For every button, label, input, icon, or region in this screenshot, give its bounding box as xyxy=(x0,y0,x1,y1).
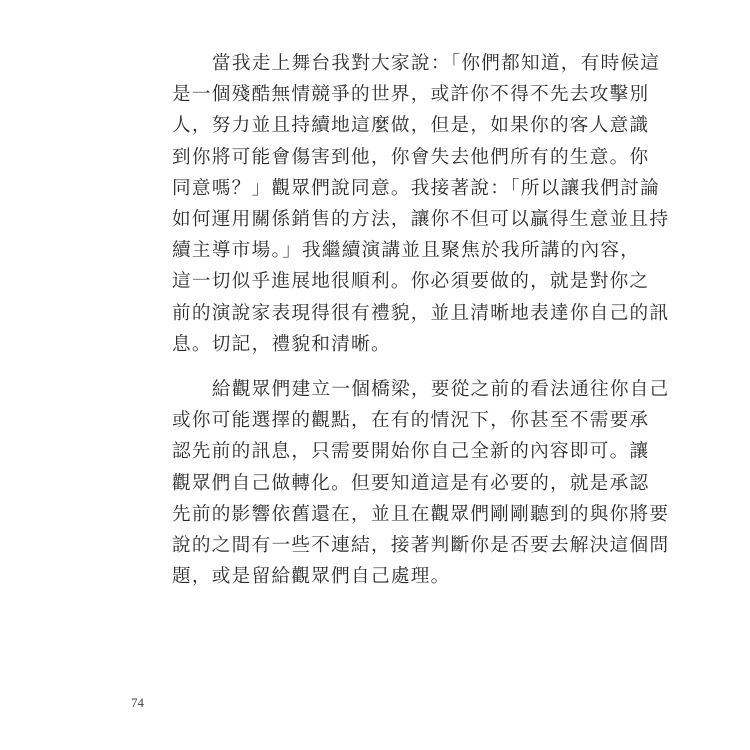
text-line: 如何運用關係銷售的方法，讓你不但可以贏得生意並且持 xyxy=(172,204,574,235)
text-line: 題，或是留給觀眾們自己處理。 xyxy=(172,561,574,592)
text-line: 息。切記，禮貌和清晰。 xyxy=(172,329,574,360)
text-line: 說的之間有一些不連結，接著判斷你是否要去解決這個問 xyxy=(172,530,574,561)
text-line: 前的演說家表現得很有禮貌，並且清晰地表達你自己的訊 xyxy=(172,298,574,329)
text-line: 先前的影響依舊還在，並且在觀眾們剛剛聽到的與你將要 xyxy=(172,499,574,530)
paragraph-2: 給觀眾們建立一個橋梁，要從之前的看法通往你自己 或你可能選擇的觀點，在有的情況下… xyxy=(172,374,574,592)
text-line: 或你可能選擇的觀點，在有的情況下，你甚至不需要承 xyxy=(172,405,574,436)
paragraph-1: 當我走上舞台我對大家說：「你們都知道，有時候這 是一個殘酷無情競爭的世界，或許你… xyxy=(172,48,574,360)
text-line: 觀眾們自己做轉化。但要知道這是有必要的，就是承認 xyxy=(172,468,574,499)
page-number: 74 xyxy=(131,695,144,711)
book-page: 當我走上舞台我對大家說：「你們都知道，有時候這 是一個殘酷無情競爭的世界，或許你… xyxy=(0,0,750,750)
text-line: 續主導市場。」我繼續演講並且聚焦於我所講的內容， xyxy=(172,235,574,266)
text-line: 到你將可能會傷害到他，你會失去他們所有的生意。你 xyxy=(172,142,574,173)
text-line: 給觀眾們建立一個橋梁，要從之前的看法通往你自己 xyxy=(172,374,574,405)
text-line: 同意嗎？」觀眾們說同意。我接著說：「所以讓我們討論 xyxy=(172,173,574,204)
text-line: 認先前的訊息，只需要開始你自己全新的內容即可。讓 xyxy=(172,436,574,467)
text-line: 這一切似乎進展地很順利。你必須要做的，就是對你之 xyxy=(172,266,574,297)
text-line: 是一個殘酷無情競爭的世界，或許你不得不先去攻擊別 xyxy=(172,79,574,110)
text-line: 人，努力並且持續地這麼做，但是，如果你的客人意識 xyxy=(172,110,574,141)
text-line: 當我走上舞台我對大家說：「你們都知道，有時候這 xyxy=(172,48,574,79)
